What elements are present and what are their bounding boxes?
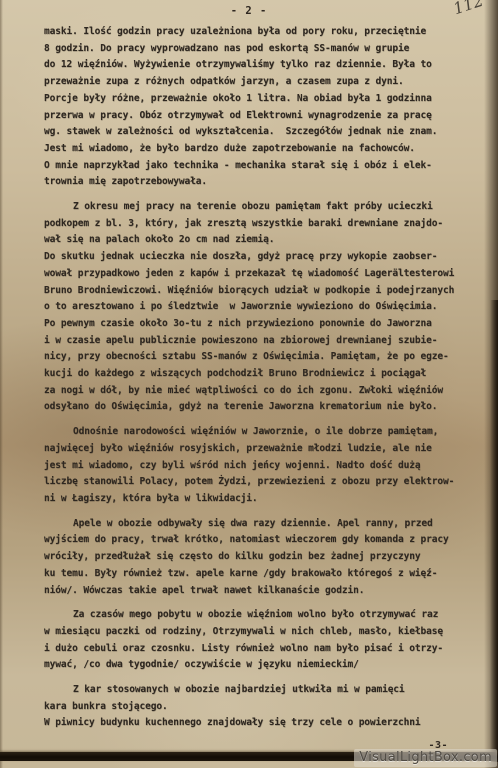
- text-line: Bruno Brodniewiczowi. Więźniów biorących…: [44, 283, 476, 300]
- visuallightbox-watermark: VisualLightBox.com: [354, 749, 497, 767]
- text-line: mywać, /co dwa tygodnie/ oczywiście w ję…: [44, 657, 476, 674]
- text-line: przeważnie zupa z różnych odpatków jarzy…: [44, 74, 476, 91]
- text-line: O mnie naprzykład jako technika - mechan…: [44, 158, 476, 175]
- text-line: wał się na palach około 2o cm nad ziemią…: [44, 232, 476, 249]
- text-line: ku temu. Były również tzw. apele karne /…: [44, 566, 476, 583]
- scanned-document-page: - 2 - 112 maski. Ilość godzin pracy uzal…: [0, 0, 498, 768]
- text-line: Apele w obozie odbywały się dwa razy dzi…: [44, 516, 476, 533]
- paragraph: Odnośnie narodowości więźniów w Jaworzni…: [44, 424, 476, 508]
- text-line: Z kar stosowanych w obozie najbardziej u…: [44, 682, 476, 699]
- text-line: o to aresztowano i po śledztwie w Jaworz…: [44, 299, 476, 316]
- text-line: Do skutku jednak ucieczka nie doszła, gd…: [44, 249, 476, 266]
- text-line: Za czasów mego pobytu w obozie więźniom …: [44, 607, 476, 624]
- paragraph: Z okresu mej pracy na terenie obozu pami…: [44, 199, 476, 416]
- text-line: liczbę stanowili Polacy, potem Żydzi, pr…: [44, 474, 476, 491]
- text-line: maski. Ilość godzin pracy uzależniona by…: [44, 24, 476, 41]
- text-line: jest mi wiadomo, czy byli wśród nich jeń…: [44, 458, 476, 475]
- text-line: ni w Łagiszy, która była w likwidacji.: [44, 491, 476, 508]
- text-line: kucji do każdego z wiszących podchodził …: [44, 366, 476, 383]
- left-edge-shadow: [0, 0, 3, 768]
- right-edge-deep-shadow: [490, 300, 498, 762]
- text-line: wował przypadkowo jeden z kapów i przeka…: [44, 266, 476, 283]
- text-line: wyjściem do pracy, trwał krótko, natomia…: [44, 532, 476, 549]
- paragraph: W piwnicy budynku kuchennego znajdowały …: [44, 715, 476, 732]
- text-line: i w czasie apelu publicznie powieszono n…: [44, 333, 476, 350]
- text-line: kara bunkra stojącego.: [44, 699, 476, 716]
- text-line: 8 godzin. Do pracy wyprowadzano nas pod …: [44, 41, 476, 58]
- paragraph: Za czasów mego pobytu w obozie więźniom …: [44, 607, 476, 674]
- page-number-header: - 2 -: [0, 4, 498, 18]
- paragraph: Apele w obozie odbywały się dwa razy dzi…: [44, 516, 476, 600]
- text-line: w miesiącu paczki od rodziny, Otrzymywal…: [44, 624, 476, 641]
- text-line: niów/. Wówczas takie apel trwał nawet ki…: [44, 583, 476, 600]
- text-line: Odnośnie narodowości więźniów w Jaworzni…: [44, 424, 476, 441]
- text-line: za nogi w dół, by nie mieć wątpliwości c…: [44, 383, 476, 400]
- text-line: przerwa w pracy. Obóz otrzymywał od Elek…: [44, 108, 476, 125]
- paragraph: Z kar stosowanych w obozie najbardziej u…: [44, 682, 476, 715]
- text-line: wg. stawek w zależności od wykształcenia…: [44, 124, 476, 141]
- document-body: maski. Ilość godzin pracy uzależniona by…: [44, 24, 476, 732]
- text-line: Po pewnym czasie około 3o-tu z nich przy…: [44, 316, 476, 333]
- text-line: najwięcej było więźniów rosyjskich, prze…: [44, 441, 476, 458]
- text-line: Z okresu mej pracy na terenie obozu pami…: [44, 199, 476, 216]
- text-line: podkopem z bl. 3, który, jak zresztą wsz…: [44, 216, 476, 233]
- text-line: i dużo cebuli oraz czosnku. Listy równie…: [44, 641, 476, 658]
- paragraph: maski. Ilość godzin pracy uzależniona by…: [44, 24, 476, 191]
- text-line: W piwnicy budynku kuchennego znajdowały …: [44, 715, 476, 732]
- text-line: do 12 więźniów. Wyżywienie otrzymywaliśm…: [44, 57, 476, 74]
- text-line: nicy, przy obecności sztabu SS-manów z O…: [44, 349, 476, 366]
- text-line: trownia mię zapotrzebowywała.: [44, 174, 476, 191]
- text-line: Jest mi wiadomo, że było bardzo duże zap…: [44, 141, 476, 158]
- text-line: wróciły, przedłużał się często do kilku …: [44, 549, 476, 566]
- text-line: Porcje były różne, przeważnie około 1 li…: [44, 91, 476, 108]
- text-line: odsyłano do Oświęcimia, gdyż na terenie …: [44, 399, 476, 416]
